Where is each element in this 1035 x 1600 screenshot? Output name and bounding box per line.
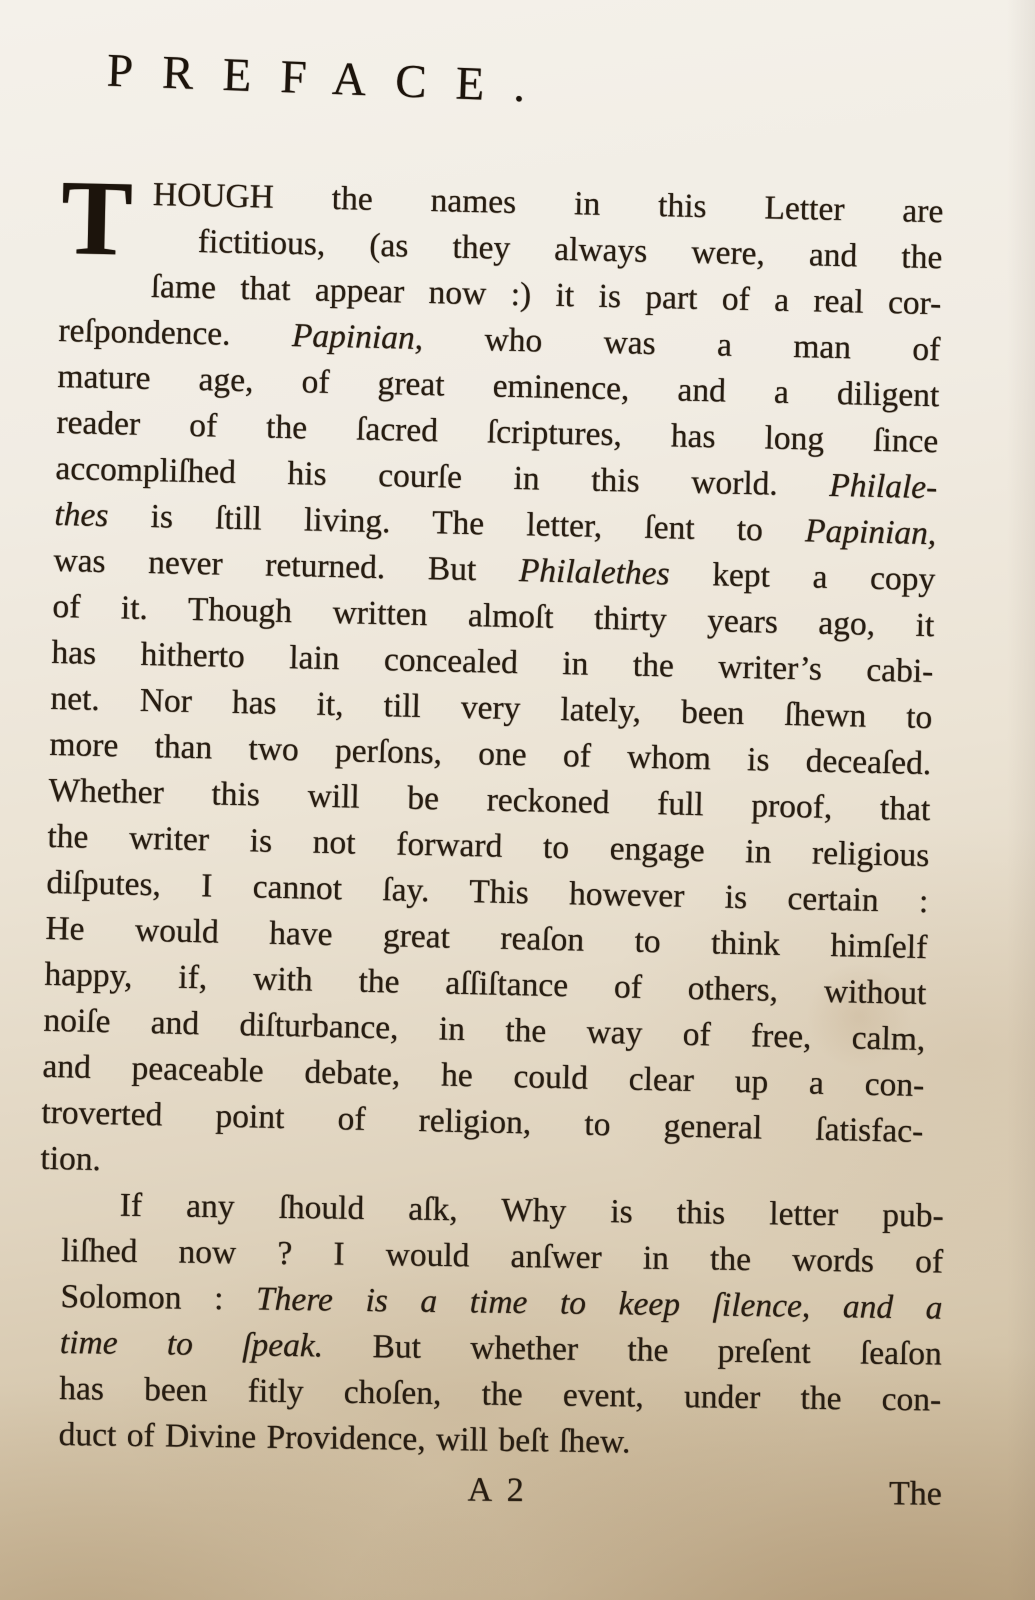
signature-mark: A 2 [467,1472,528,1511]
paragraph-second: If any ſhould aſk, Why is this letter pu… [58,1182,944,1470]
catchword: The [889,1475,942,1513]
drop-cap: T [60,170,153,265]
page-footer: A 2 The [61,1468,943,1536]
page-title: PREFACE. [60,42,943,128]
page-content: PREFACE. T HOUGH the names in this Lette… [62,42,944,1528]
book-page: PREFACE. T HOUGH the names in this Lette… [0,0,1035,1600]
paragraph-first: T HOUGH the names in this Letter are fic… [40,170,944,1201]
